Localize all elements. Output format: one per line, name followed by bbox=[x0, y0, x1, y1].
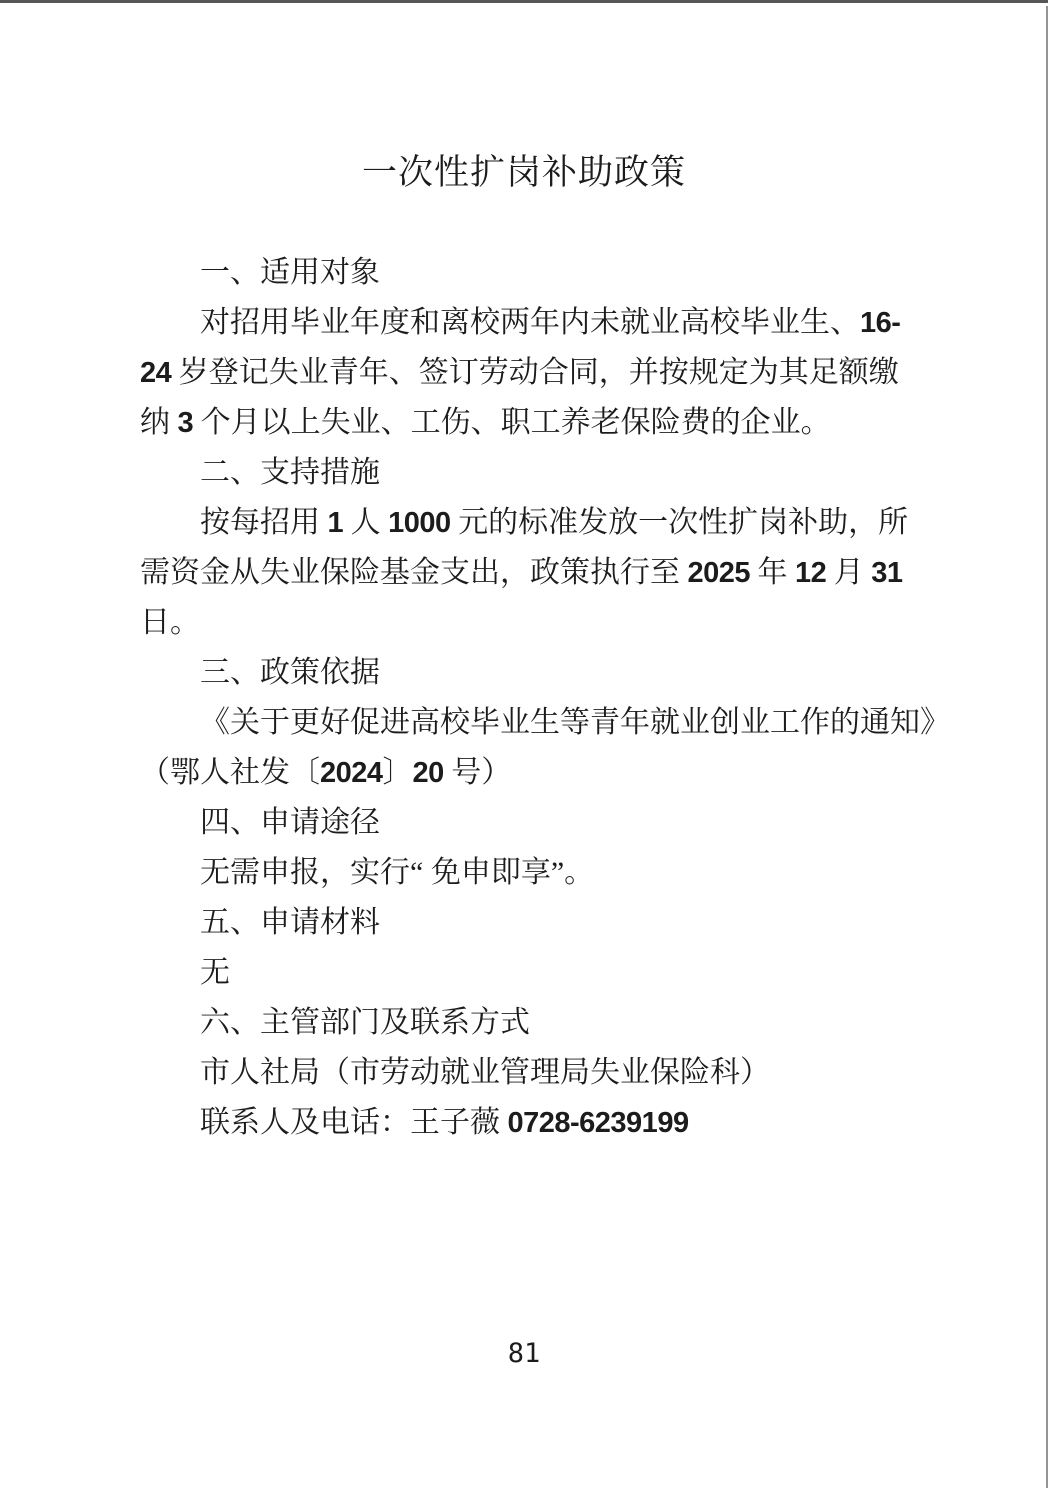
numeral: 2025 bbox=[688, 557, 751, 589]
para-5-line-1: 无 bbox=[140, 948, 908, 998]
para-6-line-1: 市人社局（市劳动就业管理局失业保险科） bbox=[140, 1048, 908, 1098]
text-segment: 人 bbox=[343, 506, 388, 539]
numeral: 2024 bbox=[320, 757, 383, 789]
text-segment: 月 bbox=[826, 556, 871, 589]
para-4-line-1: 无需申报，实行“ 免申即享”。 bbox=[140, 848, 908, 898]
para-2-line-3: 日。 bbox=[140, 598, 908, 648]
para-1-line-1: 对招用毕业年度和离校两年内未就业高校毕业生、16- bbox=[140, 298, 908, 348]
window-top-edge bbox=[0, 0, 1048, 3]
para-2-line-2: 需资金从失业保险基金支出，政策执行至 2025 年 12 月 31 bbox=[140, 548, 908, 598]
numeral: 31 bbox=[871, 557, 902, 589]
numeral: 1 bbox=[328, 507, 344, 539]
section-heading-2: 二、支持措施 bbox=[140, 448, 908, 498]
numeral: 0728-6239199 bbox=[508, 1107, 689, 1139]
section-heading-3: 三、政策依据 bbox=[140, 648, 908, 698]
numeral: 24 bbox=[140, 357, 171, 389]
text-segment: 需资金从失业保险基金支出，政策执行至 bbox=[140, 556, 688, 589]
doc-body: 一、适用对象 对招用毕业年度和离校两年内未就业高校毕业生、16- 24 岁登记失… bbox=[140, 248, 908, 1148]
text-segment: 纳 bbox=[140, 406, 178, 439]
text-segment: 元的标准发放一次性扩岗补助，所 bbox=[451, 506, 909, 539]
para-3-line-1: 《关于更好促进高校毕业生等青年就业创业工作的通知》 bbox=[140, 698, 908, 748]
text-segment: 六、主管部门及联系方式 bbox=[200, 1006, 530, 1039]
text-segment: 年 bbox=[750, 556, 795, 589]
para-1-line-3: 纳 3 个月以上失业、工伤、职工养老保险费的企业。 bbox=[140, 398, 908, 448]
text-segment: 对招用毕业年度和离校两年内未就业高校毕业生、 bbox=[200, 306, 860, 339]
text-segment: 〕 bbox=[383, 756, 413, 789]
para-1-line-2: 24 岁登记失业青年、签订劳动合同，并按规定为其足额缴 bbox=[140, 348, 908, 398]
text-segment: 三、政策依据 bbox=[200, 656, 380, 689]
text-segment: 《关于更好促进高校毕业生等青年就业创业工作的通知》 bbox=[200, 706, 950, 739]
text-segment: 岁登记失业青年、签订劳动合同，并按规定为其足额缴 bbox=[171, 356, 899, 389]
text-segment: 无 bbox=[200, 956, 230, 989]
page-number: 81 bbox=[0, 1338, 1048, 1369]
text-segment: 日。 bbox=[140, 606, 200, 639]
text-segment: 二、支持措施 bbox=[200, 456, 380, 489]
text-segment: 联系人及电话：王子薇 bbox=[200, 1106, 508, 1139]
doc-title: 一次性扩岗补助政策 bbox=[0, 150, 1048, 196]
numeral: 20 bbox=[413, 757, 444, 789]
text-segment: 一、适用对象 bbox=[200, 256, 380, 289]
numeral: 1000 bbox=[388, 507, 451, 539]
section-heading-1: 一、适用对象 bbox=[140, 248, 908, 298]
text-segment: 四、申请途径 bbox=[200, 806, 380, 839]
text-segment: 号） bbox=[444, 756, 512, 789]
para-2-line-1: 按每招用 1 人 1000 元的标准发放一次性扩岗补助，所 bbox=[140, 498, 908, 548]
section-heading-6: 六、主管部门及联系方式 bbox=[140, 998, 908, 1048]
numeral: 12 bbox=[795, 557, 826, 589]
para-6-line-2: 联系人及电话：王子薇 0728-6239199 bbox=[140, 1098, 908, 1148]
numeral: 3 bbox=[178, 407, 194, 439]
numeral: 16- bbox=[860, 307, 900, 339]
text-segment: 按每招用 bbox=[200, 506, 328, 539]
text-segment: 市人社局（市劳动就业管理局失业保险科） bbox=[200, 1056, 770, 1089]
para-3-line-2: （鄂人社发〔2024〕20 号） bbox=[140, 748, 908, 798]
text-segment: （鄂人社发〔 bbox=[140, 756, 320, 789]
section-heading-5: 五、申请材料 bbox=[140, 898, 908, 948]
text-segment: 五、申请材料 bbox=[200, 906, 380, 939]
text-segment: 个月以上失业、工伤、职工养老保险费的企业。 bbox=[193, 406, 831, 439]
text-segment: 无需申报，实行“ 免申即享”。 bbox=[200, 856, 594, 889]
section-heading-4: 四、申请途径 bbox=[140, 798, 908, 848]
